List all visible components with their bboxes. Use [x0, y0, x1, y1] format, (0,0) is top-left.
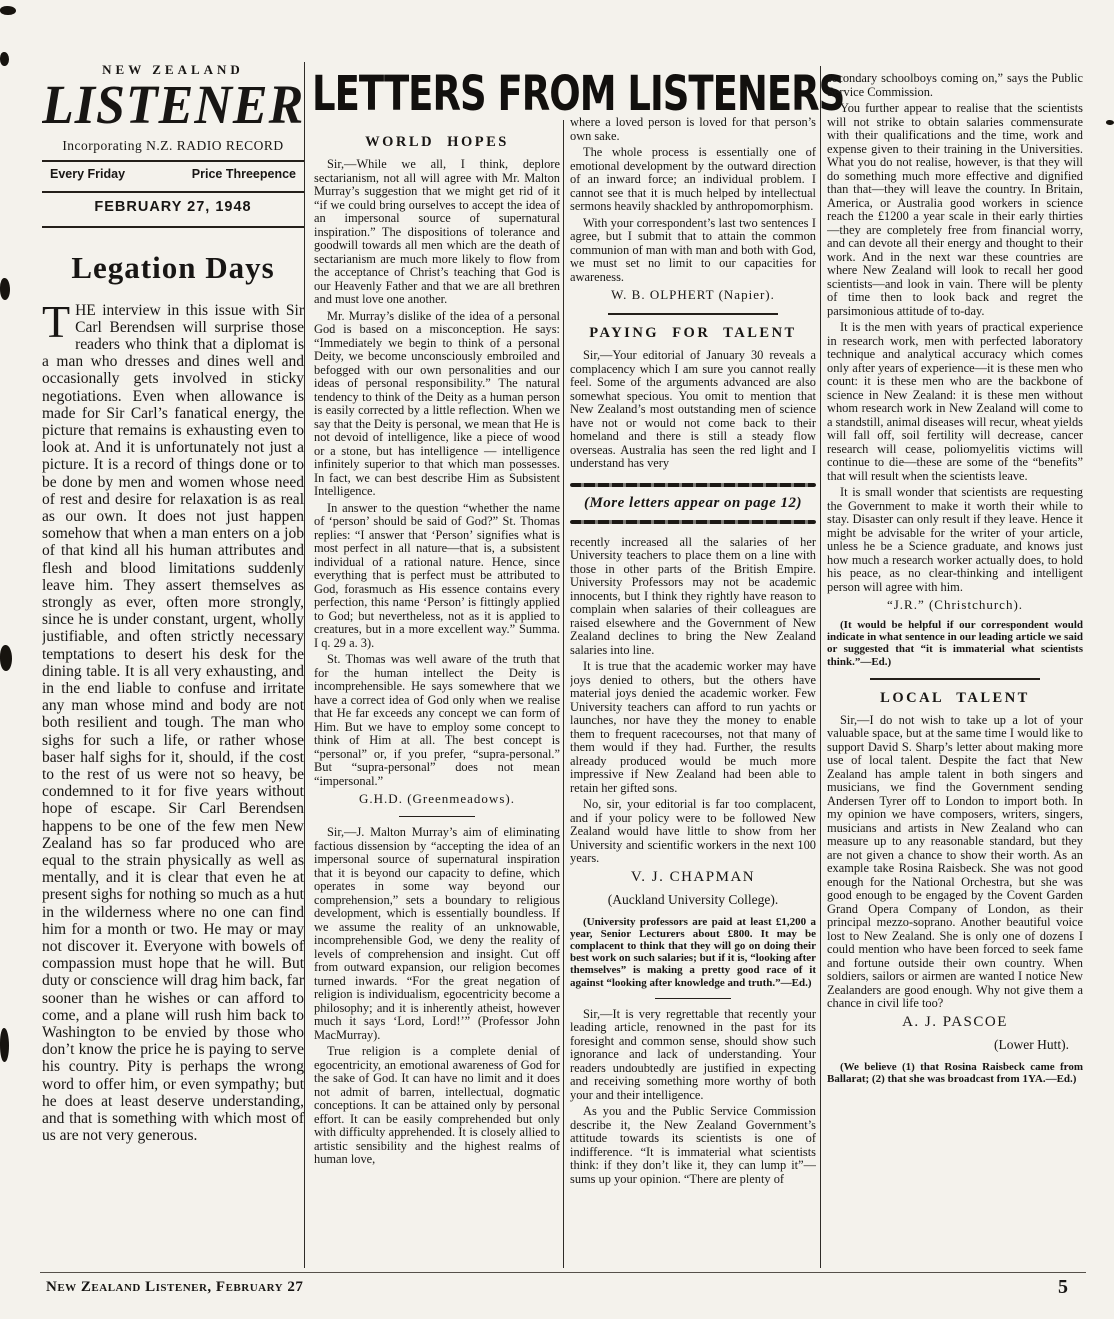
editor-note: (We believe (1) that Rosina Raisbeck cam… [827, 1061, 1083, 1085]
letter-heading-world-hopes: WORLD HOPES [314, 134, 560, 151]
letter-signature-location: (Lower Hutt). [827, 1037, 1083, 1053]
letter-signature: “J.R.” (Christchurch). [827, 597, 1083, 613]
column-rule [563, 120, 564, 1268]
letter-paragraph: It is small wonder that scientists are r… [827, 486, 1083, 594]
wavy-rule [570, 483, 816, 487]
letter-paragraph: Sir,—I do not wish to take up a lot of y… [827, 714, 1083, 1011]
column-letters-1: WORLD HOPES Sir,—While we all, I think, … [314, 124, 560, 1290]
editor-note: (It would be helpful if our corresponden… [827, 619, 1083, 668]
drop-cap: T [42, 302, 75, 340]
letter-paragraph: It is true that the academic worker may … [570, 660, 816, 795]
letter-paragraph: Sir,—J. Malton Murray’s aim of eliminati… [314, 826, 560, 1042]
more-letters-note: (More letters appear on page 12) [570, 487, 816, 520]
column-letters-3: secondary schoolboys coming on,” says th… [827, 72, 1083, 1270]
letter-signature: W. B. OLPHERT (Napier). [570, 287, 816, 303]
newspaper-page: LETTERS FROM LISTENERS NEW ZEALAND LISTE… [0, 0, 1114, 1319]
footer-rule [40, 1272, 1086, 1273]
masthead-info-row: Every Friday Price Threepence [42, 162, 304, 185]
scan-artifact [0, 645, 12, 671]
masthead: NEW ZEALAND LISTENER Incorporating N.Z. … [42, 62, 304, 228]
masthead-title: LISTENER [42, 79, 304, 134]
masthead-date: FEBRUARY 27, 1948 [42, 193, 304, 220]
letter-paragraph: True religion is a complete denial of eg… [314, 1045, 560, 1167]
column-letters-2: where a loved person is loved for that p… [570, 116, 816, 1290]
letter-paragraph: The whole process is essentially one of … [570, 146, 816, 214]
letter-paragraph-continued: secondary schoolboys coming on,” says th… [827, 72, 1083, 99]
editorial-article: Legation Days THE interview in this issu… [42, 250, 304, 1144]
letter-paragraph: Sir,—Your editorial of January 30 reveal… [570, 349, 816, 471]
letter-paragraph-continued: where a loved person is loved for that p… [570, 116, 816, 143]
letter-paragraph: St. Thomas was well aware of the truth t… [314, 653, 560, 788]
scan-artifact [0, 52, 9, 66]
letters-section-headline: LETTERS FROM LISTENERS [312, 66, 820, 122]
letter-paragraph: No, sir, your editorial is far too compl… [570, 798, 816, 866]
editorial-body: THE interview in this issue with Sir Car… [42, 302, 304, 1145]
editor-note: (University professors are paid at least… [570, 916, 816, 989]
footer-publication-line: New Zealand Listener, February 27 [46, 1279, 303, 1296]
letter-paragraph: Sir,—It is very regrettable that recentl… [570, 1008, 816, 1103]
letter-paragraph: In answer to the question “whether the n… [314, 502, 560, 651]
letter-paragraph: Sir,—While we all, I think, deplore sect… [314, 158, 560, 307]
letter-signature-affiliation: (Auckland University College). [570, 892, 816, 908]
letter-divider [655, 998, 731, 999]
masthead-price: Price Threepence [192, 167, 296, 181]
scan-artifact [0, 278, 10, 300]
letter-paragraph: It is the men with years of practical ex… [827, 321, 1083, 483]
letter-signature: A. J. PASCOE [827, 1014, 1083, 1031]
letter-paragraph: You further appear to realise that the s… [827, 102, 1083, 318]
scan-artifact [0, 6, 16, 15]
masthead-rule [42, 226, 304, 228]
editorial-title: Legation Days [42, 250, 304, 286]
wavy-rule [570, 520, 816, 524]
letter-paragraph: Mr. Murray’s dislike of the idea of a pe… [314, 310, 560, 499]
column-rule [820, 66, 821, 1268]
masthead-schedule: Every Friday [50, 167, 125, 181]
more-letters-note-box: (More letters appear on page 12) [570, 483, 816, 524]
letter-divider [608, 313, 778, 315]
scan-artifact [0, 1028, 9, 1062]
letter-heading-paying-for-talent: PAYING FOR TALENT [570, 325, 816, 342]
letter-paragraph: As you and the Public Service Commission… [570, 1105, 816, 1186]
letter-divider [870, 678, 1040, 680]
letter-paragraph-continued: recently increased all the salaries of h… [570, 536, 816, 658]
column-editorial: NEW ZEALAND LISTENER Incorporating N.Z. … [42, 62, 304, 1268]
footer-page-number: 5 [1058, 1276, 1068, 1299]
letter-divider [399, 816, 475, 817]
letter-paragraph: With your correspondent’s last two sente… [570, 217, 816, 285]
letter-heading-local-talent: LOCAL TALENT [827, 690, 1083, 707]
scan-artifact [1106, 120, 1114, 125]
letter-signature: G.H.D. (Greenmeadows). [314, 791, 560, 807]
masthead-subtitle: Incorporating N.Z. RADIO RECORD [42, 138, 304, 154]
letter-signature: V. J. CHAPMAN [570, 869, 816, 886]
column-rule [304, 62, 305, 1268]
editorial-text: HE interview in this issue with Sir Carl… [42, 302, 304, 1145]
